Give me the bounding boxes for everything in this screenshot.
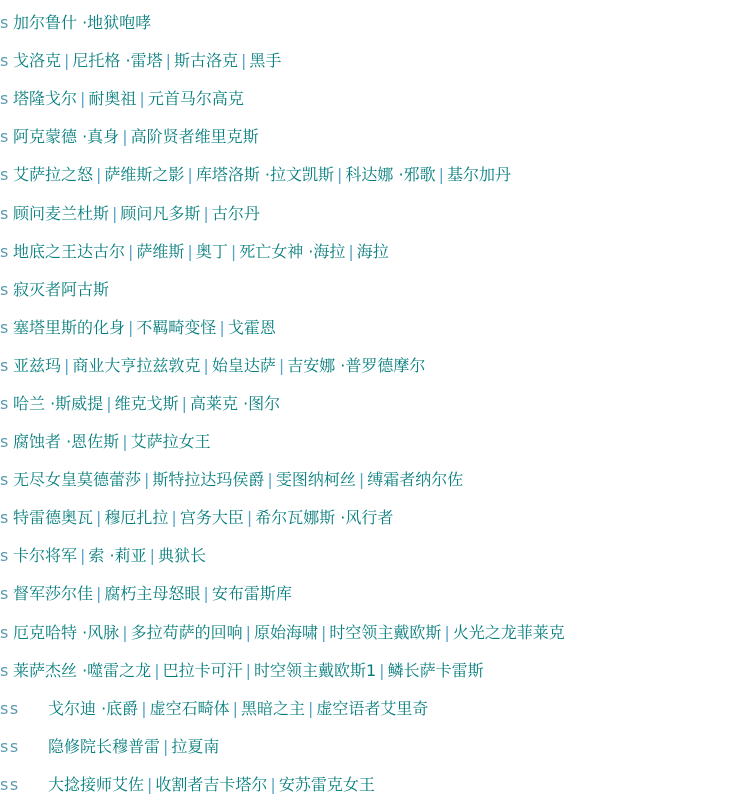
- boss-link[interactable]: 元首马尔高克: [148, 91, 244, 107]
- pipe-separator: |: [96, 167, 101, 183]
- boss-list: s加尔鲁什 ·地狱咆哮s戈洛克|尼托格 ·雷塔|斯古洛克|黑手s塔隆戈尔|耐奥祖…: [0, 0, 732, 798]
- boss-link[interactable]: 哈兰 ·斯威提: [13, 396, 103, 412]
- boss-row: s无尽女皇莫德蕾莎|斯特拉达玛侯爵|雯图纳柯丝|缚霜者纳尔佐: [0, 461, 732, 499]
- row-prefix-text[interactable]: s: [0, 206, 13, 222]
- boss-link[interactable]: 基尔加丹: [447, 167, 511, 183]
- boss-link[interactable]: 吉安娜 ·普罗德摩尔: [287, 358, 425, 374]
- boss-link[interactable]: 奥丁: [196, 244, 228, 260]
- row-prefix-text[interactable]: s: [0, 625, 13, 641]
- pipe-separator: |: [379, 663, 384, 679]
- boss-row: s特雷德奥瓦|穆厄扎拉|宫务大臣|希尔瓦娜斯 ·风行者: [0, 499, 732, 537]
- boss-row: s戈洛克|尼托格 ·雷塔|斯古洛克|黑手: [0, 42, 732, 80]
- pipe-separator: |: [80, 548, 85, 564]
- boss-row: s莱萨杰丝 ·噬雷之龙|巴拉卡可汗|时空领主戴欧斯1|鳞长萨卡雷斯: [0, 652, 732, 690]
- pipe-separator: |: [154, 663, 159, 679]
- pipe-separator: |: [187, 167, 192, 183]
- row-prefix-text[interactable]: s: [0, 53, 13, 69]
- pipe-separator: |: [163, 739, 168, 755]
- boss-link[interactable]: 莱萨杰丝 ·噬雷之龙: [13, 663, 151, 679]
- boss-link[interactable]: 阿克蒙德 ·真身: [13, 129, 119, 145]
- boss-row: s塞塔里斯的化身|不羁畸变怪|戈霍恩: [0, 309, 732, 347]
- boss-link[interactable]: 缚霜者纳尔佐: [367, 472, 463, 488]
- boss-row: ss大捻接师艾佐|收割者吉卡塔尔|安苏雷克女王: [0, 766, 732, 798]
- row-prefix-text[interactable]: s: [0, 434, 13, 450]
- boss-link[interactable]: 戈洛克: [13, 53, 61, 69]
- boss-link[interactable]: 虚空石畸体: [150, 701, 230, 717]
- boss-link[interactable]: 收割者吉卡塔尔: [155, 777, 267, 793]
- boss-link[interactable]: 厄克哈特 ·风脉: [13, 625, 119, 641]
- boss-link[interactable]: 拉夏南: [171, 739, 219, 755]
- pipe-separator: |: [348, 244, 353, 260]
- row-prefix-text[interactable]: s: [0, 358, 13, 374]
- boss-link[interactable]: 督军莎尔佳: [13, 586, 93, 602]
- boss-link[interactable]: 雯图纳柯丝: [276, 472, 356, 488]
- row-prefix-text[interactable]: ss: [0, 701, 48, 717]
- boss-row: s加尔鲁什 ·地狱咆哮: [0, 4, 732, 42]
- pipe-separator: |: [444, 625, 449, 641]
- boss-row: s阿克蒙德 ·真身|高阶贤者维里克斯: [0, 118, 732, 156]
- pipe-separator: |: [122, 129, 127, 145]
- row-prefix-text[interactable]: ss: [0, 739, 48, 755]
- pipe-separator: |: [439, 167, 444, 183]
- row-prefix-text[interactable]: s: [0, 282, 13, 298]
- pipe-separator: |: [166, 53, 171, 69]
- row-prefix-text[interactable]: s: [0, 129, 13, 145]
- pipe-separator: |: [359, 472, 364, 488]
- pipe-separator: |: [144, 472, 149, 488]
- row-prefix-text[interactable]: s: [0, 91, 13, 107]
- boss-row: s亚兹玛|商业大亨拉兹敦克|始皇达萨|吉安娜 ·普罗德摩尔: [0, 347, 732, 385]
- pipe-separator: |: [182, 396, 187, 412]
- row-prefix-text[interactable]: s: [0, 472, 13, 488]
- boss-link[interactable]: 黑手: [249, 53, 281, 69]
- boss-link[interactable]: 维克戈斯: [115, 396, 179, 412]
- boss-link[interactable]: 时空领主戴欧斯: [329, 625, 441, 641]
- boss-link[interactable]: 戈尔迪 ·底爵: [48, 701, 138, 717]
- boss-row: s塔隆戈尔|耐奥祖|元首马尔高克: [0, 80, 732, 118]
- pipe-separator: |: [187, 244, 192, 260]
- boss-link[interactable]: 艾萨拉之怒: [13, 167, 93, 183]
- boss-link[interactable]: 巴拉卡可汗: [163, 663, 243, 679]
- pipe-separator: |: [203, 358, 208, 374]
- boss-link[interactable]: 尼托格 ·雷塔: [72, 53, 162, 69]
- row-prefix-text[interactable]: s: [0, 586, 13, 602]
- boss-link[interactable]: 斯古洛克: [174, 53, 238, 69]
- boss-link[interactable]: 地底之王达古尔: [13, 244, 125, 260]
- boss-link[interactable]: 腐朽主母怒眼: [104, 586, 200, 602]
- boss-link[interactable]: 塞塔里斯的化身: [13, 320, 125, 336]
- boss-link[interactable]: 多拉苟萨的回响: [131, 625, 243, 641]
- boss-row: ss戈尔迪 ·底爵|虚空石畸体|黑暗之主|虚空语者艾里奇: [0, 690, 732, 728]
- row-prefix-text[interactable]: s: [0, 510, 13, 526]
- boss-row: s督军莎尔佳|腐朽主母怒眼|安布雷斯库: [0, 575, 732, 613]
- boss-link[interactable]: 腐蚀者 ·恩佐斯: [13, 434, 119, 450]
- boss-link[interactable]: 特雷德奥瓦: [13, 510, 93, 526]
- boss-link[interactable]: 商业大亨拉兹敦克: [72, 358, 200, 374]
- pipe-separator: |: [128, 320, 133, 336]
- boss-row: s腐蚀者 ·恩佐斯|艾萨拉女王: [0, 423, 732, 461]
- boss-link[interactable]: 始皇达萨: [212, 358, 276, 374]
- row-prefix-text[interactable]: s: [0, 663, 13, 679]
- boss-link[interactable]: 安布雷斯库: [212, 586, 292, 602]
- boss-row: s厄克哈特 ·风脉|多拉苟萨的回响|原始海啸|时空领主戴欧斯|火光之龙菲莱克: [0, 614, 732, 652]
- boss-link[interactable]: 无尽女皇莫德蕾莎: [13, 472, 141, 488]
- boss-link[interactable]: 耐奥祖: [88, 91, 136, 107]
- pipe-separator: |: [247, 510, 252, 526]
- pipe-separator: |: [112, 206, 117, 222]
- boss-link[interactable]: 库塔洛斯 ·拉文凯斯: [196, 167, 334, 183]
- boss-row: s地底之王达古尔|萨维斯|奥丁|死亡女神 ·海拉|海拉: [0, 233, 732, 271]
- pipe-separator: |: [203, 206, 208, 222]
- boss-link[interactable]: 不羁畸变怪: [136, 320, 216, 336]
- boss-link[interactable]: 黑暗之主: [241, 701, 305, 717]
- boss-link[interactable]: 古尔丹: [212, 206, 260, 222]
- pipe-separator: |: [64, 53, 69, 69]
- boss-row: s卡尔将军|索 ·莉亚|典狱长: [0, 537, 732, 575]
- pipe-separator: |: [80, 91, 85, 107]
- boss-link[interactable]: 戈霍恩: [228, 320, 276, 336]
- boss-link[interactable]: 虚空语者艾里奇: [316, 701, 428, 717]
- pipe-separator: |: [267, 472, 272, 488]
- pipe-separator: |: [203, 586, 208, 602]
- pipe-separator: |: [128, 244, 133, 260]
- boss-link[interactable]: 大捻接师艾佐: [48, 777, 144, 793]
- pipe-separator: |: [96, 586, 101, 602]
- boss-link[interactable]: 高阶贤者维里克斯: [131, 129, 259, 145]
- boss-link[interactable]: 穆厄扎拉: [104, 510, 168, 526]
- row-prefix-text[interactable]: s: [0, 396, 13, 412]
- boss-link[interactable]: 希尔瓦娜斯 ·风行者: [255, 510, 393, 526]
- boss-link[interactable]: 海拉: [357, 244, 389, 260]
- boss-link[interactable]: 时空领主戴欧斯1: [254, 663, 376, 679]
- pipe-separator: |: [279, 358, 284, 374]
- boss-link[interactable]: 艾萨拉女王: [131, 434, 211, 450]
- boss-link[interactable]: 宫务大臣: [180, 510, 244, 526]
- pipe-separator: |: [308, 701, 313, 717]
- boss-row: s顾问麦兰杜斯|顾问凡多斯|古尔丹: [0, 194, 732, 232]
- pipe-separator: |: [106, 396, 111, 412]
- pipe-separator: |: [96, 510, 101, 526]
- boss-link[interactable]: 高莱克 ·图尔: [190, 396, 280, 412]
- boss-link[interactable]: 鳞长萨卡雷斯: [388, 663, 484, 679]
- boss-link[interactable]: 顾问麦兰杜斯: [13, 206, 109, 222]
- pipe-separator: |: [147, 777, 152, 793]
- pipe-separator: |: [231, 244, 236, 260]
- pipe-separator: |: [246, 663, 251, 679]
- boss-link[interactable]: 卡尔将军: [13, 548, 77, 564]
- boss-link[interactable]: 原始海啸: [254, 625, 318, 641]
- pipe-separator: |: [150, 548, 155, 564]
- boss-link[interactable]: 典狱长: [158, 548, 206, 564]
- pipe-separator: |: [270, 777, 275, 793]
- row-prefix-text[interactable]: s: [0, 15, 13, 31]
- boss-link[interactable]: 死亡女神 ·海拉: [239, 244, 345, 260]
- pipe-separator: |: [246, 625, 251, 641]
- pipe-separator: |: [337, 167, 342, 183]
- pipe-separator: |: [64, 358, 69, 374]
- boss-row: ss隐修院长穆普雷|拉夏南: [0, 728, 732, 766]
- boss-row: s艾萨拉之怒|萨维斯之影|库塔洛斯 ·拉文凯斯|科达娜 ·邪歌|基尔加丹: [0, 156, 732, 194]
- boss-link[interactable]: 塔隆戈尔: [13, 91, 77, 107]
- row-prefix-text[interactable]: s: [0, 320, 13, 336]
- row-prefix-text[interactable]: s: [0, 548, 13, 564]
- boss-link[interactable]: 隐修院长穆普雷: [48, 739, 160, 755]
- boss-link[interactable]: 索 ·莉亚: [88, 548, 146, 564]
- pipe-separator: |: [233, 701, 238, 717]
- boss-row: s寂灭者阿古斯: [0, 271, 732, 309]
- boss-link[interactable]: 亚兹玛: [13, 358, 61, 374]
- boss-link[interactable]: 加尔鲁什 ·地狱咆哮: [13, 15, 151, 31]
- pipe-separator: |: [141, 701, 146, 717]
- boss-link[interactable]: 寂灭者阿古斯: [13, 282, 109, 298]
- pipe-separator: |: [321, 625, 326, 641]
- row-prefix-text[interactable]: s: [0, 244, 13, 260]
- row-prefix-text[interactable]: ss: [0, 777, 48, 793]
- boss-row: s哈兰 ·斯威提|维克戈斯|高莱克 ·图尔: [0, 385, 732, 423]
- boss-link[interactable]: 萨维斯: [136, 244, 184, 260]
- boss-link[interactable]: 安苏雷克女王: [279, 777, 375, 793]
- pipe-separator: |: [219, 320, 224, 336]
- pipe-separator: |: [122, 434, 127, 450]
- boss-link[interactable]: 顾问凡多斯: [120, 206, 200, 222]
- pipe-separator: |: [139, 91, 144, 107]
- pipe-separator: |: [171, 510, 176, 526]
- boss-link[interactable]: 萨维斯之影: [104, 167, 184, 183]
- boss-link[interactable]: 科达娜 ·邪歌: [345, 167, 435, 183]
- boss-link[interactable]: 斯特拉达玛侯爵: [152, 472, 264, 488]
- pipe-separator: |: [122, 625, 127, 641]
- pipe-separator: |: [241, 53, 246, 69]
- row-prefix-text[interactable]: s: [0, 167, 13, 183]
- boss-link[interactable]: 火光之龙菲莱克: [453, 625, 565, 641]
